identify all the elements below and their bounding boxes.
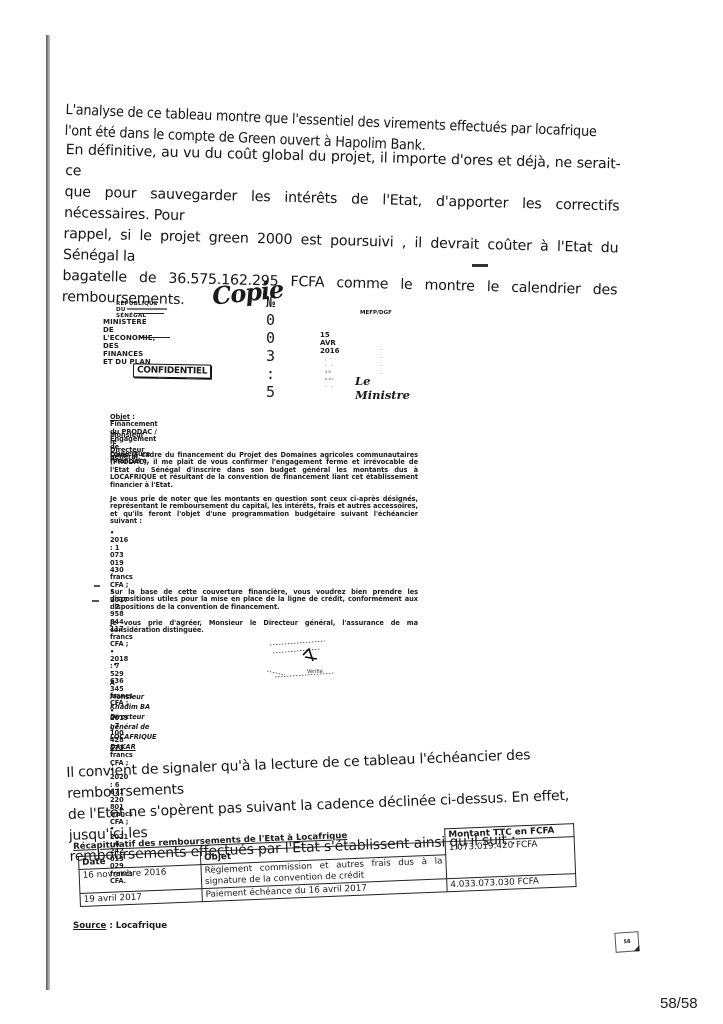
ministry-line: DES FINANCES ET DU PLAN [103, 342, 155, 366]
confidential-stamp: CONFIDENTIEL [133, 363, 211, 378]
table-source: Source : Locafrique [73, 921, 167, 931]
letter-closing: Je vous prie d'agréer, Monsieur le Direc… [110, 620, 418, 635]
svg-text:Vérifié: Vérifié [307, 668, 323, 675]
reference-number: № 0 0 3 : 5 [266, 293, 279, 401]
letterhead-motto [127, 308, 167, 310]
recipient-title: Directeur général de LOCAFRIQUE [110, 712, 157, 742]
cell-amount: 1.073.019.420 FCFA [445, 837, 575, 879]
recipient-city: DAKAR [110, 742, 157, 752]
schedule-item: 2016 : 1 073 019 430 francs CFA ; [110, 530, 133, 589]
paragraph-conclusion: En définitive, au vu du coût global du p… [62, 140, 621, 322]
scan-artifact [92, 600, 99, 602]
page-binding-edge [46, 35, 50, 990]
divider [134, 313, 164, 314]
reference-code: MEFP/DGF [360, 310, 392, 316]
bullet-mark: • [113, 662, 117, 669]
page-number-stamp: 58 [614, 931, 639, 953]
scan-artifact [472, 264, 488, 267]
page-counter: 58/58 [660, 995, 698, 1012]
letterhead-country: RÉPUBLIQUE DU SÉNÉGAL [116, 301, 158, 319]
scanned-page: L'analyse de ce tableau montre que l'ess… [0, 0, 723, 1024]
letter-body-3: Sur la base de cette couverture financiè… [110, 589, 418, 611]
source-text: : Locafrique [106, 921, 167, 931]
source-label: Source [73, 921, 106, 931]
letter-body-1: Dans le cadre du financement du Projet d… [110, 452, 418, 489]
letterhead-ministry: MINISTERE DE L'ECONOMIE, DES FINANCES ET… [103, 318, 155, 366]
recipient-prefix: A [110, 680, 115, 687]
divider [140, 337, 170, 338]
scan-artifact [94, 585, 100, 587]
letter-date: 15 AVR 2016 [320, 331, 339, 355]
letter-body-2: Je vous prie de noter que les montants e… [110, 496, 418, 526]
scan-artifact: ᵢ · · · ⁴⁸ ᵖᵉʳ · · [325, 356, 335, 391]
letter-recipient: Monsieur Khadim BA Directeur général de … [110, 692, 157, 752]
ministry-line: MINISTERE DE L'ECONOMIE, [103, 318, 155, 342]
letter-sender: Le Ministre [355, 374, 410, 402]
recipient-name: Monsieur Khadim BA [110, 692, 157, 712]
signature-stamp: Vérifié [265, 635, 345, 685]
